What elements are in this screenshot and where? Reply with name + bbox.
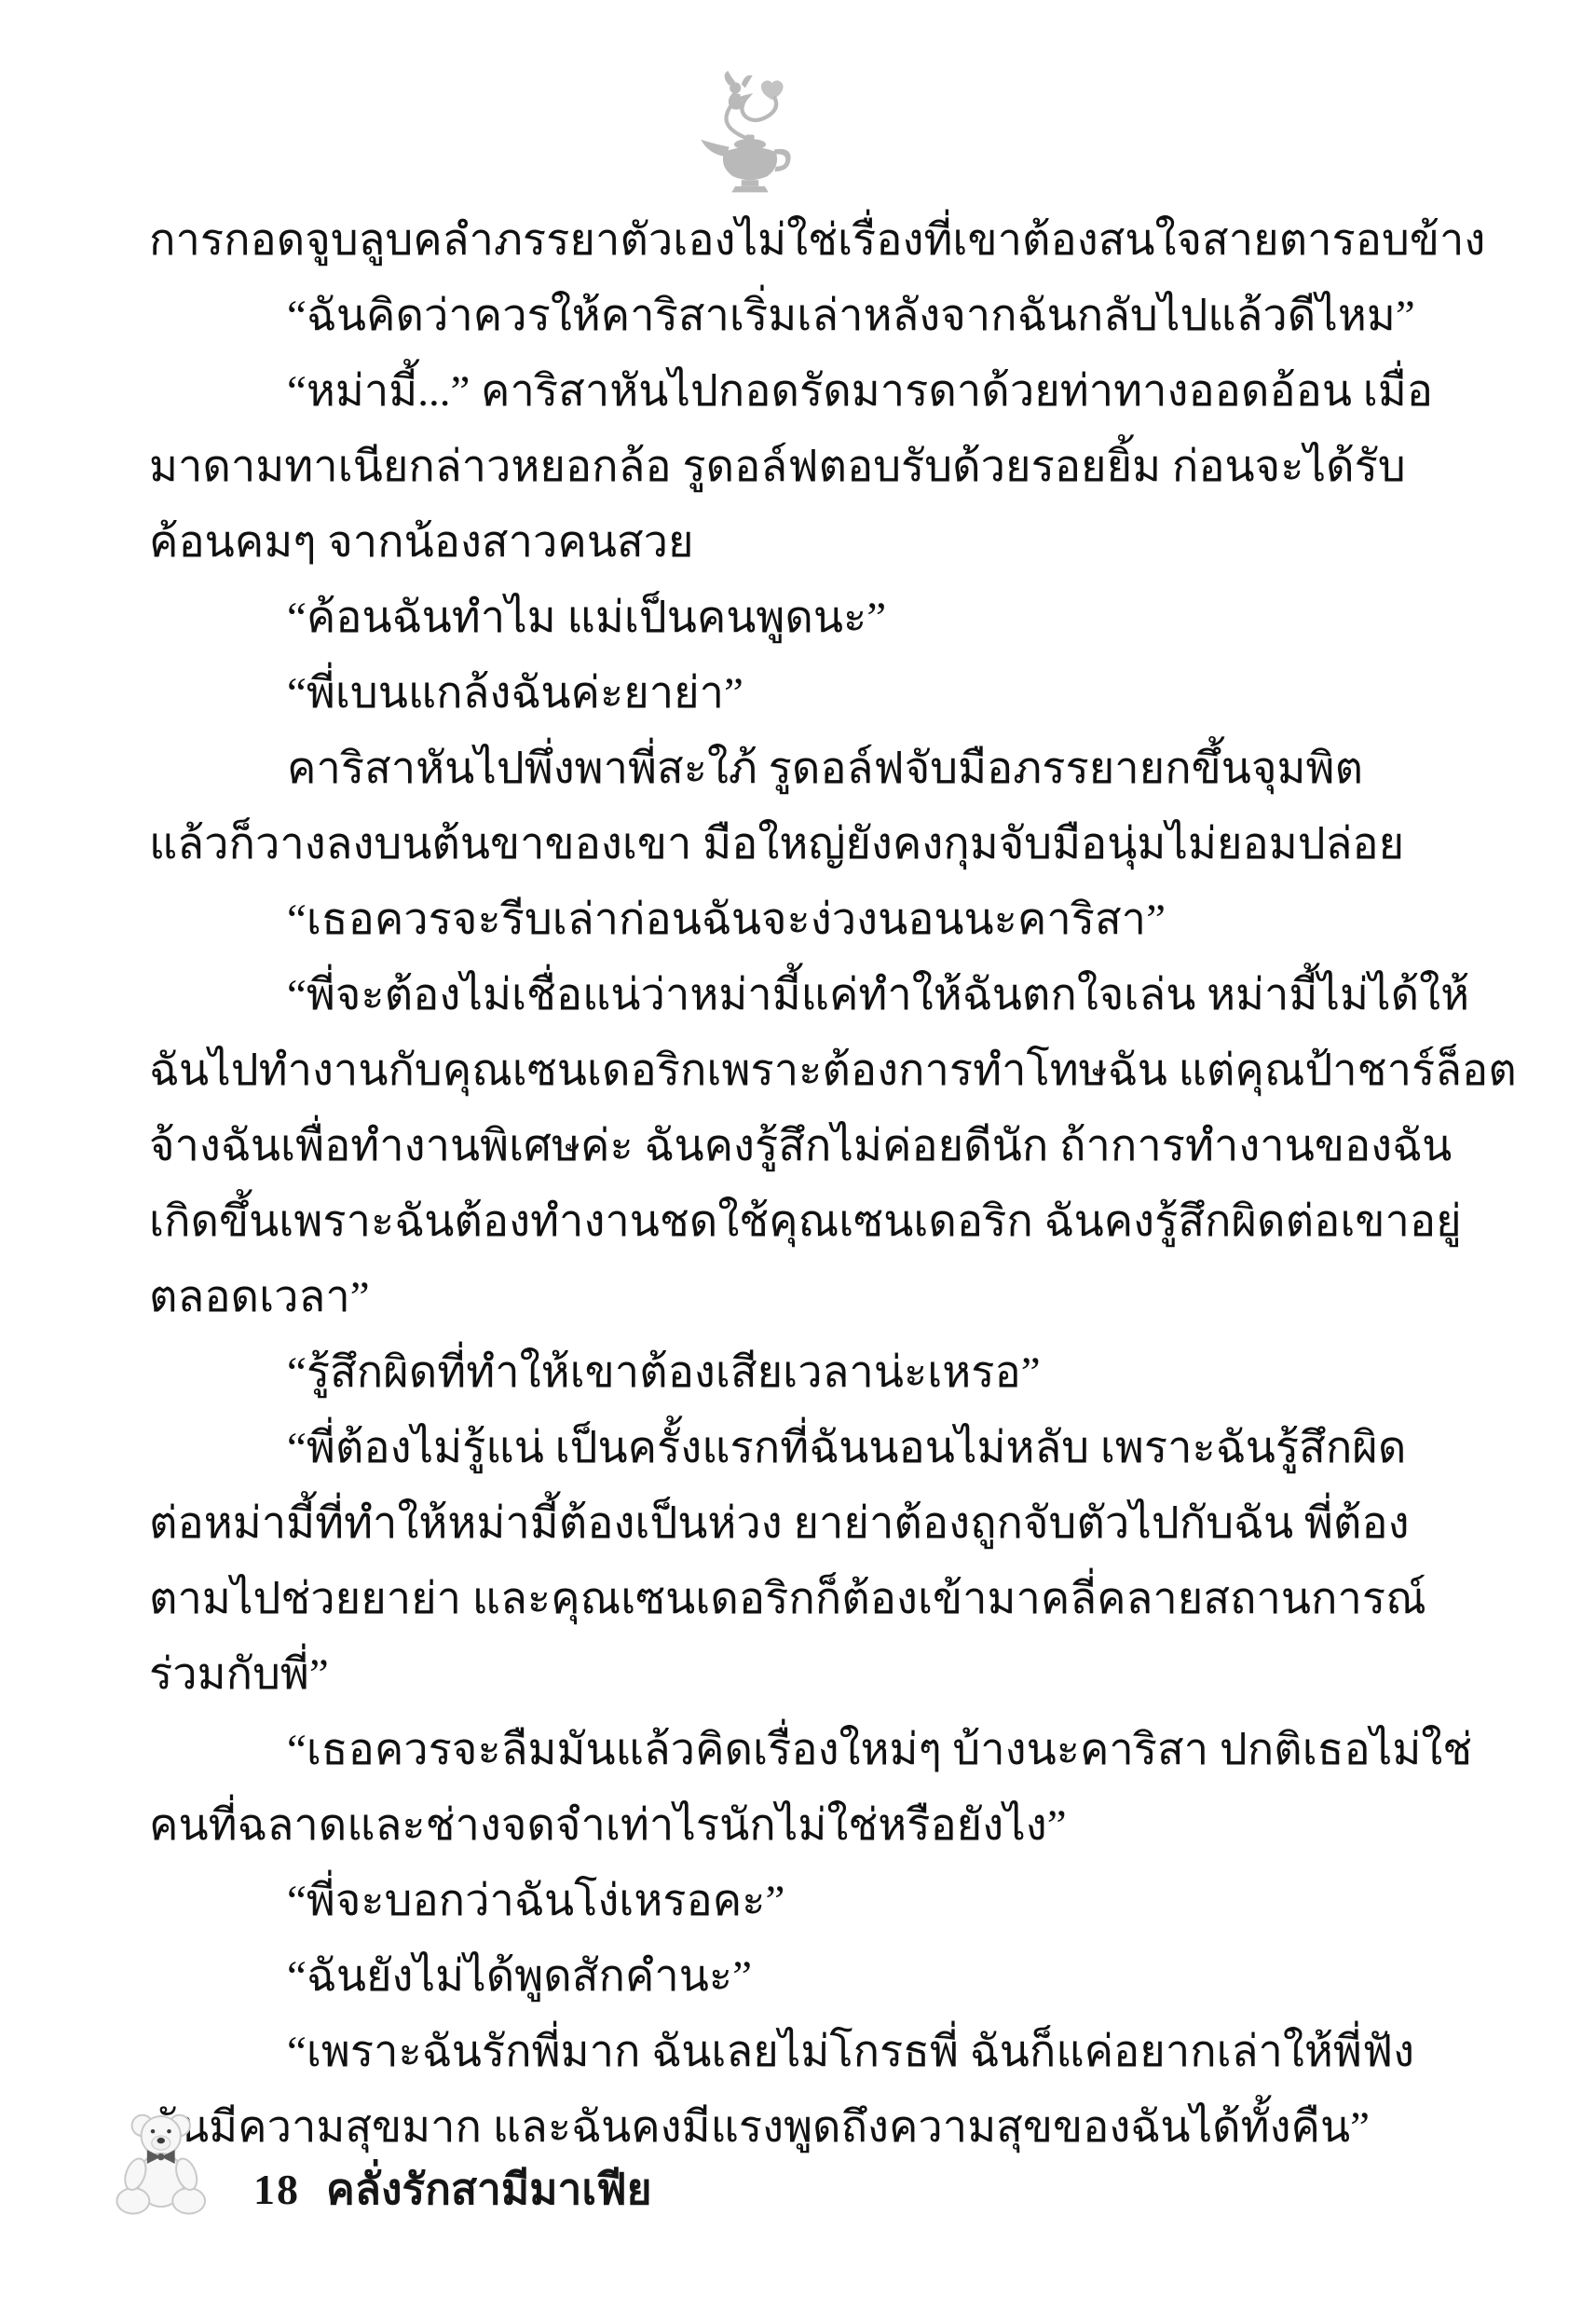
- text-line: “พี่จะบอกว่าฉันโง่เหรอคะ”: [149, 1864, 1453, 1939]
- text-line: แล้วก็วางลงบนต้นขาของเขา มือใหญ่ยังคงกุม…: [149, 807, 1453, 882]
- text-line: “ค้อนฉันทำไม แม่เป็นคนพูดนะ”: [149, 581, 1453, 656]
- page-text: การกอดจูบลูบคลำภรรยาตัวเองไม่ใช่เรื่องที…: [149, 203, 1453, 2166]
- text-line: การกอดจูบลูบคลำภรรยาตัวเองไม่ใช่เรื่องที…: [149, 203, 1453, 279]
- text-line: ตามไปช่วยยาย่า และคุณเซนเดอริกก็ต้องเข้า…: [149, 1562, 1453, 1637]
- genie-lamp-ornament: [685, 63, 815, 198]
- text-line: เกิดขึ้นเพราะฉันต้องทำงานชดใช้คุณเซนเดอร…: [149, 1184, 1453, 1260]
- text-line: “รู้สึกผิดที่ทำให้เขาต้องเสียเวลาน่ะเหรอ…: [149, 1335, 1453, 1411]
- text-line: ฉันไปทำงานกับคุณเซนเดอริกเพราะต้องการทำโ…: [149, 1033, 1453, 1109]
- text-line: “ฉันยังไม่ได้พูดสักคำนะ”: [149, 1939, 1453, 2015]
- page-number: 18: [253, 2166, 300, 2213]
- text-line: คนที่ฉลาดและช่างจดจำเท่าไรนักไม่ใช่หรือย…: [149, 1788, 1453, 1864]
- text-line: ตลอดเวลา”: [149, 1260, 1453, 1335]
- text-line: มาดามทาเนียกล่าวหยอกล้อ รูดอล์ฟตอบรับด้ว…: [149, 430, 1453, 505]
- text-line: คาริสาหันไปพึ่งพาพี่สะใภ้ รูดอล์ฟจับมือภ…: [149, 732, 1453, 807]
- text-line: “พี่จะต้องไม่เชื่อแน่ว่าหม่ามี้แค่ทำให้ฉ…: [149, 958, 1453, 1033]
- text-line: ร่วมกับพี่”: [149, 1637, 1453, 1713]
- text-line: “เธอควรจะลืมมันแล้วคิดเรื่องใหม่ๆ บ้างนะ…: [149, 1713, 1453, 1788]
- book-page: { "ornament": { "icon": "genie-lamp" }, …: [0, 0, 1596, 2311]
- genie-lamp-icon: [685, 63, 815, 198]
- text-line: “พี่ต้องไม่รู้แน่ เป็นครั้งแรกที่ฉันนอนไ…: [149, 1411, 1453, 1486]
- text-line: “หม่ามี้...” คาริสาหันไปกอดรัดมารดาด้วยท…: [149, 354, 1453, 430]
- text-line: “เธอควรจะรีบเล่าก่อนฉันจะง่วงนอนนะคาริสา…: [149, 882, 1453, 958]
- book-title: คลั่งรักสามีมาเฟีย: [326, 2166, 652, 2213]
- text-line: “ฉันคิดว่าควรให้คาริสาเริ่มเล่าหลังจากฉั…: [149, 279, 1453, 354]
- text-line: ค้อนคมๆ จากน้องสาวคนสวย: [149, 505, 1453, 581]
- page-footer: 18คลั่งรักสามีมาเฟีย: [0, 2101, 1596, 2250]
- text-line: “พี่เบนแกล้งฉันค่ะยาย่า”: [149, 656, 1453, 732]
- text-line: จ้างฉันเพื่อทำงานพิเศษค่ะ ฉันคงรู้สึกไม่…: [149, 1109, 1453, 1184]
- text-line: “เพราะฉันรักพี่มาก ฉันเลยไม่โกรธพี่ ฉันก…: [149, 2015, 1453, 2090]
- text-line: ต่อหม่ามี้ที่ทำให้หม่ามี้ต้องเป็นห่วง ยา…: [149, 1486, 1453, 1562]
- teddy-bear-icon: [110, 2109, 214, 2228]
- footer-text: 18คลั่งรักสามีมาเฟีย: [253, 2155, 652, 2223]
